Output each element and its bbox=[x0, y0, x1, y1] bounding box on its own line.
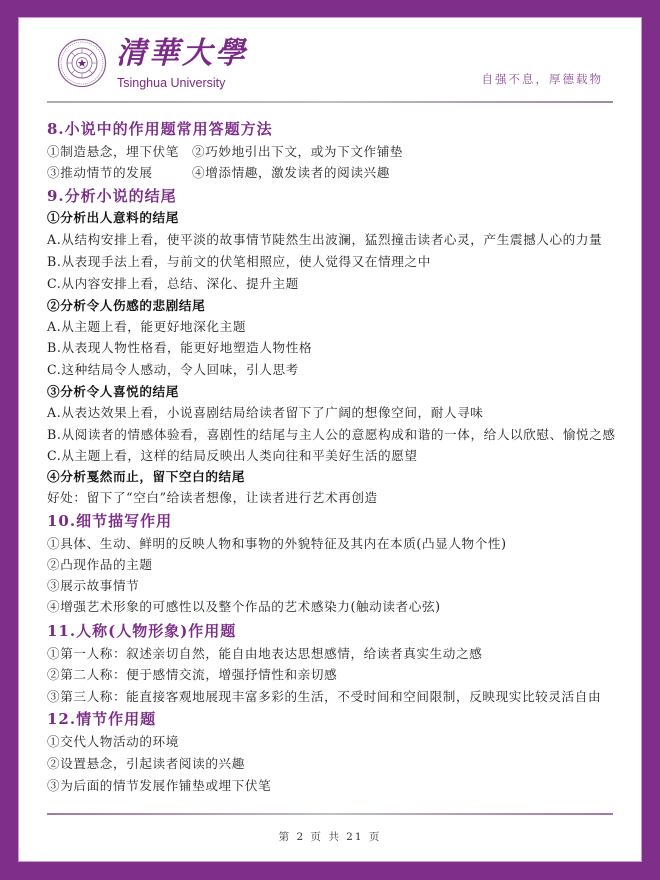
footer-divider bbox=[47, 813, 613, 815]
document-page: 清華大學 Tsinghua University 自强不息，厚德载物 8.小说中… bbox=[19, 18, 641, 861]
grid-cell: ②巧妙地引出下文，或为下文作铺垫 bbox=[192, 143, 403, 161]
list-item: ①具体、生动、鲜明的反映人物和事物的外貌特征及其内在本质(凸显人物个性) bbox=[47, 535, 507, 553]
page-header: 清華大學 Tsinghua University 自强不息，厚德载物 bbox=[19, 18, 641, 118]
subsection-heading: ④分析戛然而止，留下空白的结尾 bbox=[47, 468, 245, 486]
list-item: 好处：留下了“空白”给读者想像，让读者进行艺术再创造 bbox=[47, 489, 378, 507]
list-item: B.从表现人物性格看，能更好地塑造人物性格 bbox=[47, 339, 312, 357]
grid-cell: ④增添情趣，激发读者的阅读兴趣 bbox=[192, 164, 390, 182]
list-item: B.从阅读者的情感体验看，喜剧性的结尾与主人公的意愿构成和谐的一体，给人以欣慰、… bbox=[47, 426, 616, 444]
section-heading: 9.分析小说的结尾 bbox=[47, 186, 177, 206]
list-item: ③第三人称：能直接客观地展现丰富多彩的生活，不受时间和空间限制，反映现实比较灵活… bbox=[47, 688, 601, 706]
list-item: C.这种结局令人感动，令人回味，引人思考 bbox=[47, 361, 299, 379]
list-item: ②第二人称：便于感情交流，增强抒情性和亲切感 bbox=[47, 666, 337, 684]
list-item: ②设置悬念，引起读者阅读的兴趣 bbox=[47, 755, 245, 773]
section-heading: 11.人称(人物形象)作用题 bbox=[47, 621, 236, 641]
list-item: ④增强艺术形象的可感性以及整个作品的艺术感染力(触动读者心弦) bbox=[47, 598, 441, 616]
list-item: A.从表达效果上看，小说喜剧结局给读者留下了广阔的想像空间，耐人寻味 bbox=[47, 404, 484, 422]
page-number: 第 2 页 共 21 页 bbox=[19, 830, 641, 844]
section-heading: 8.小说中的作用题常用答题方法 bbox=[47, 119, 273, 139]
list-item: ②凸现作品的主题 bbox=[47, 556, 153, 574]
list-item: ③推动情节的发展 ④增添情趣，激发读者的阅读兴趣 bbox=[47, 164, 627, 182]
university-motto: 自强不息，厚德载物 bbox=[482, 71, 604, 87]
university-name-en: Tsinghua University bbox=[117, 75, 225, 91]
university-name-cn: 清華大學 bbox=[116, 37, 248, 71]
list-item: ③为后面的情节发展作铺垫或埋下伏笔 bbox=[47, 777, 271, 795]
list-item: C.从主题上看，这样的结局反映出人类向往和平美好生活的愿望 bbox=[47, 447, 418, 465]
section-heading: 10.细节描写作用 bbox=[47, 511, 172, 531]
list-item: A.从主题上看，能更好地深化主题 bbox=[47, 318, 246, 336]
header-divider bbox=[47, 101, 613, 103]
list-item: ①制造悬念，埋下伏笔 ②巧妙地引出下文，或为下文作铺垫 bbox=[47, 143, 627, 161]
subsection-heading: ③分析令人喜悦的结尾 bbox=[47, 383, 179, 401]
tsinghua-emblem-icon bbox=[57, 38, 107, 88]
section-heading: 12.情节作用题 bbox=[47, 709, 156, 729]
list-item: ③展示故事情节 bbox=[47, 577, 139, 595]
subsection-heading: ①分析出人意料的结尾 bbox=[47, 209, 179, 227]
list-item: ①交代人物活动的环境 bbox=[47, 733, 179, 751]
list-item: ①第一人称：叙述亲切自然，能自由地表达思想感情，给读者真实生动之感 bbox=[47, 645, 482, 663]
list-item: A.从结构安排上看，使平淡的故事情节陡然生出波澜，猛烈撞击读者心灵，产生震撼人心… bbox=[47, 231, 602, 249]
list-item: B.从表现手法上看，与前文的伏笔相照应，使人觉得又在情理之中 bbox=[47, 253, 431, 271]
subsection-heading: ②分析令人伤感的悲剧结尾 bbox=[47, 297, 205, 315]
grid-cell: ③推动情节的发展 bbox=[47, 165, 153, 180]
list-item: C.从内容安排上看，总结、深化、提升主题 bbox=[47, 275, 299, 293]
grid-cell: ①制造悬念，埋下伏笔 bbox=[47, 144, 179, 159]
